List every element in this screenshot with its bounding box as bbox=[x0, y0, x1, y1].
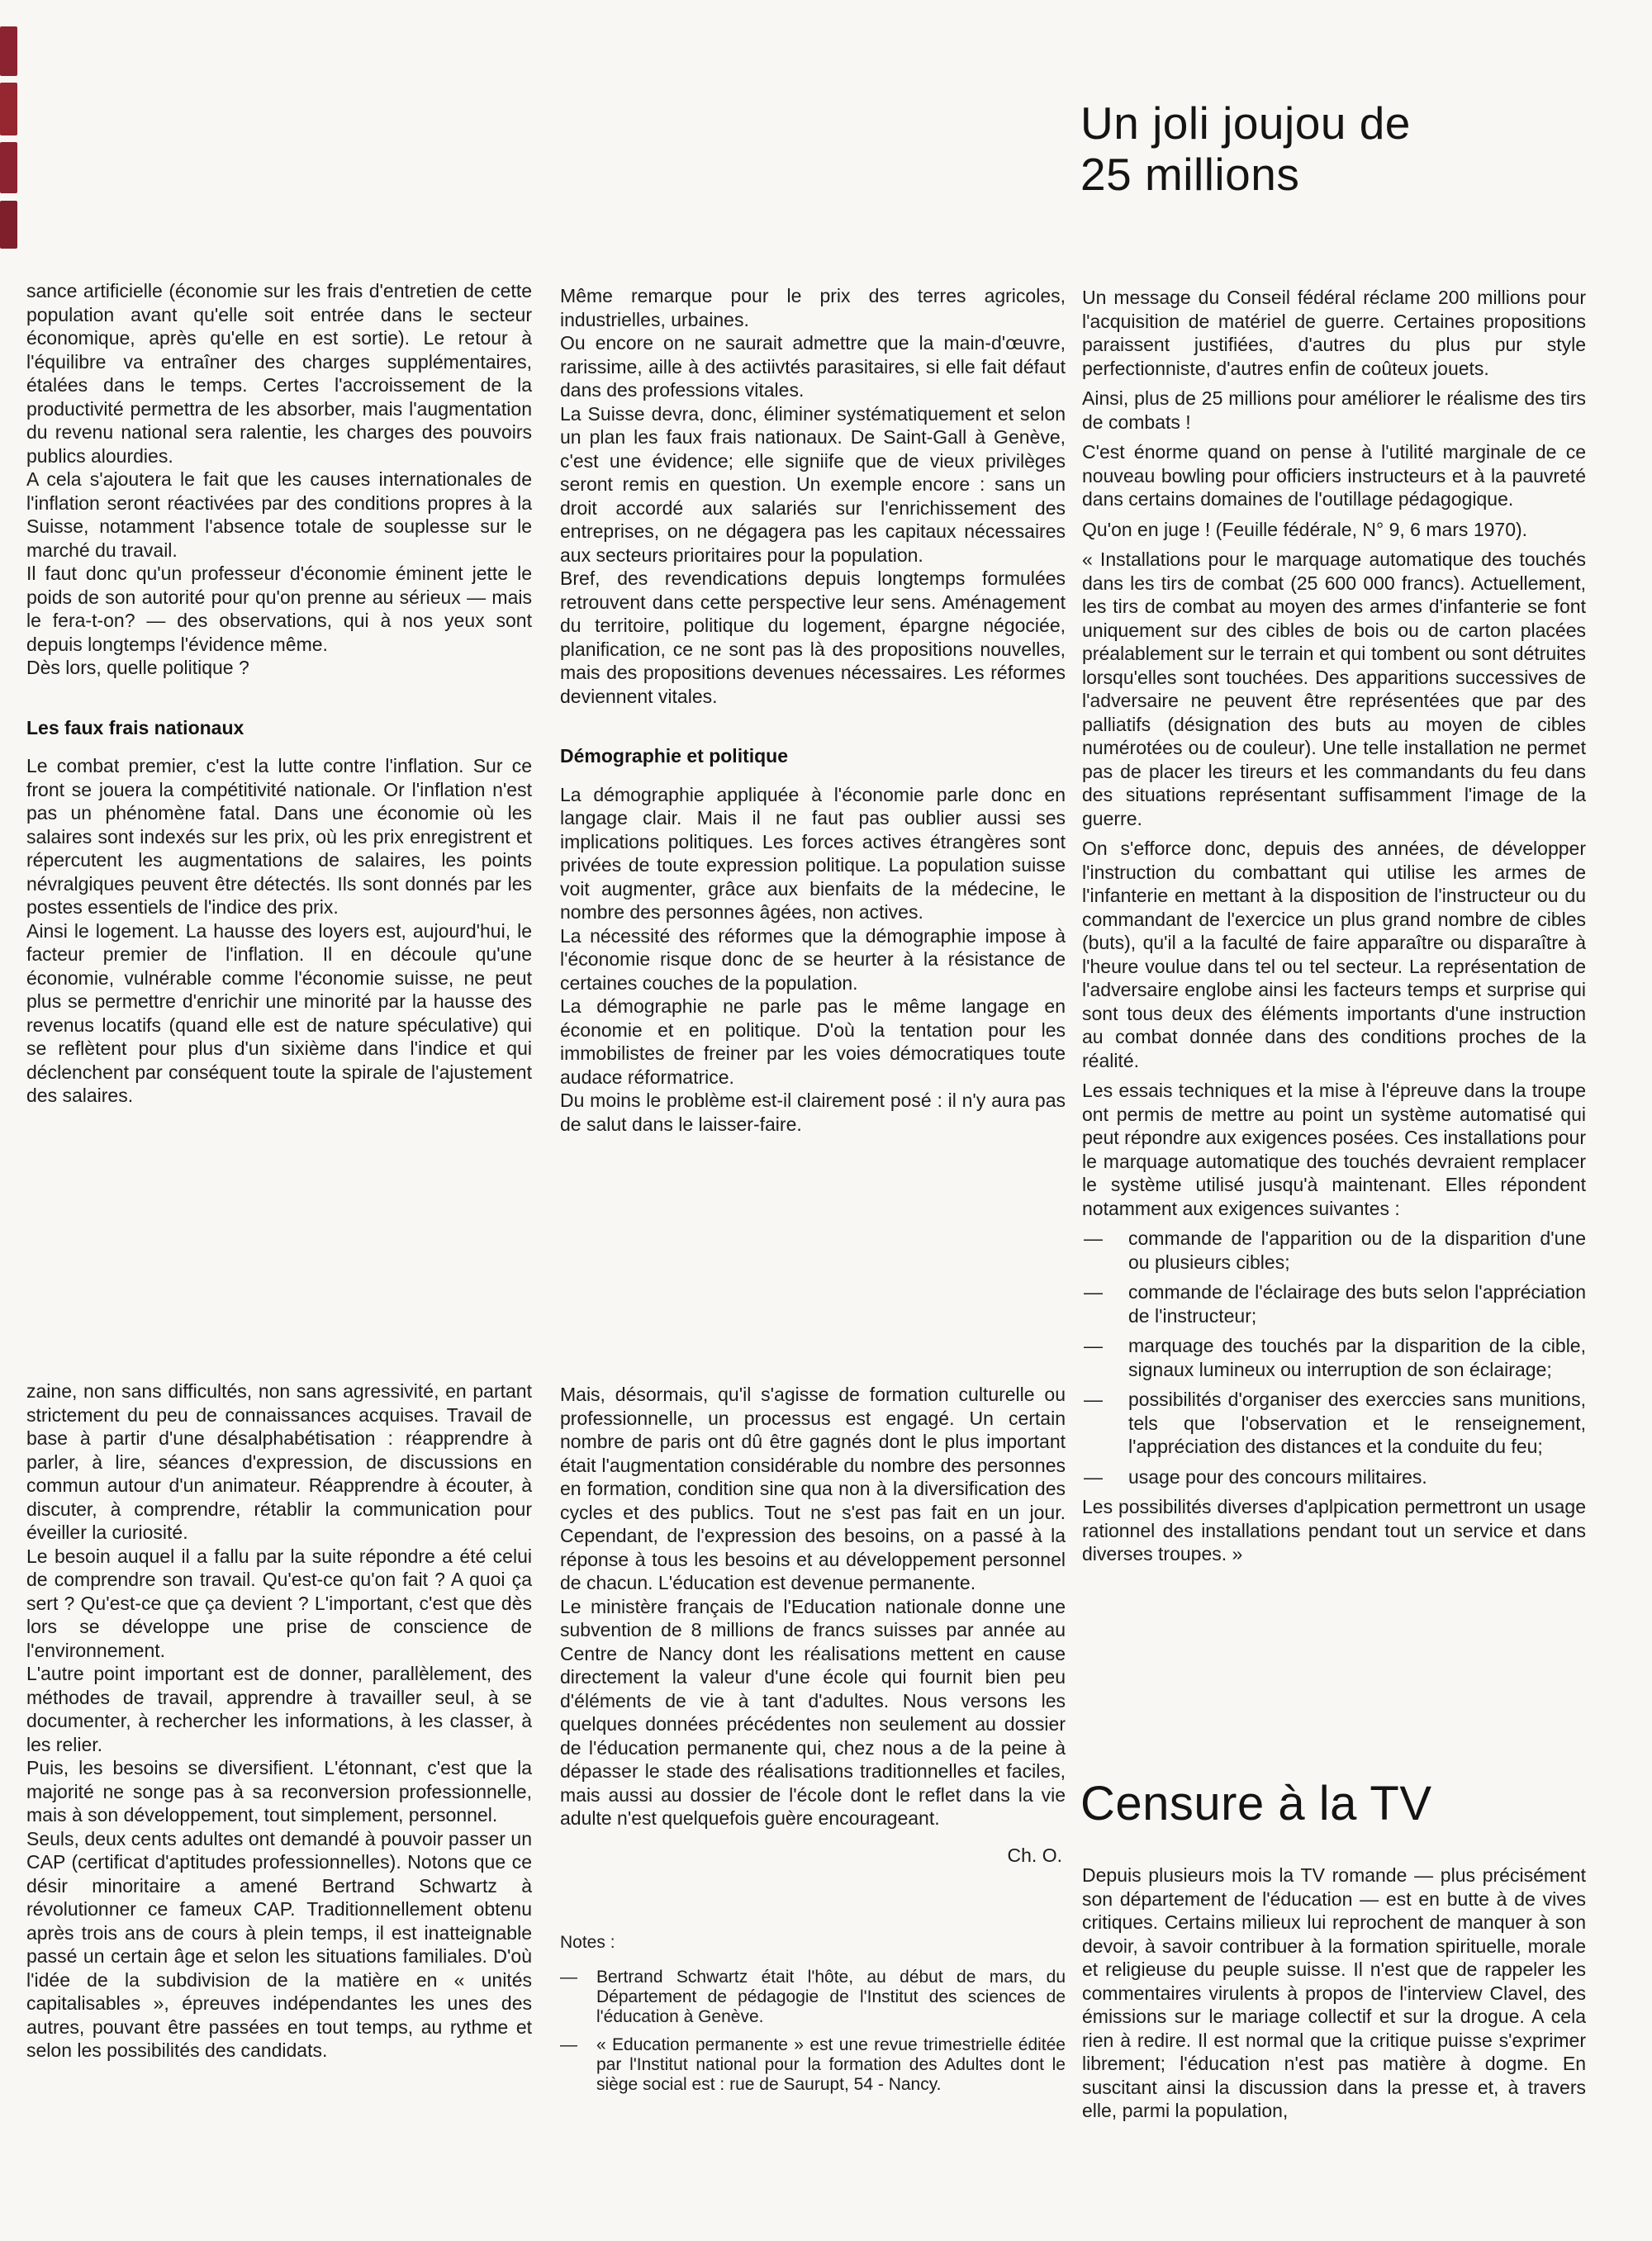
column3-upper: Un message du Conseil fédéral réclame 20… bbox=[1082, 286, 1586, 1566]
paragraph: Le ministère français de l'Education nat… bbox=[560, 1595, 1066, 1830]
paragraph: Ainsi, plus de 25 millions pour améliore… bbox=[1082, 387, 1586, 434]
author-signature: Ch. O. bbox=[560, 1844, 1066, 1868]
list-item: — possibilités d'organiser des exerccies… bbox=[1082, 1388, 1586, 1459]
paragraph: Ainsi le logement. La hausse des loyers … bbox=[26, 919, 532, 1108]
paragraph: La démographie appliquée à l'économie pa… bbox=[560, 783, 1066, 924]
paragraph: On s'efforce donc, depuis des années, de… bbox=[1082, 837, 1586, 1072]
paragraph: Même remarque pour le prix des terres ag… bbox=[560, 284, 1066, 331]
column1-lower: zaine, non sans difficultés, non sans ag… bbox=[26, 1379, 532, 2063]
dash-marker: — bbox=[560, 1968, 577, 1987]
paragraph: Les possibilités diverses d'aplpication … bbox=[1082, 1495, 1586, 1566]
list-item: — usage pour des concours militaires. bbox=[1082, 1465, 1586, 1489]
headline-line2: 25 millions bbox=[1080, 149, 1411, 200]
paragraph: La Suisse devra, donc, éliminer systémat… bbox=[560, 402, 1066, 567]
paragraph: Mais, désormais, qu'il s'agisse de forma… bbox=[560, 1383, 1066, 1595]
paragraph: Du moins le problème est-il clairement p… bbox=[560, 1089, 1066, 1136]
paragraph: La nécessité des réformes que la démogra… bbox=[560, 924, 1066, 995]
list-item: — marquage des touchés par la disparitio… bbox=[1082, 1334, 1586, 1381]
paragraph: Un message du Conseil fédéral réclame 20… bbox=[1082, 286, 1586, 380]
paragraph: Qu'on en juge ! (Feuille fédérale, N° 9,… bbox=[1082, 518, 1586, 542]
list-item-text: commande de l'apparition ou de la dispar… bbox=[1128, 1227, 1586, 1273]
dash-marker: — bbox=[1084, 1465, 1103, 1489]
list-item-text: marquage des touchés par la disparition … bbox=[1128, 1335, 1586, 1380]
paragraph: Ou encore on ne saurait admettre que la … bbox=[560, 331, 1066, 402]
scan-edge-mark bbox=[0, 142, 17, 193]
paragraph: A cela s'ajoutera le fait que les causes… bbox=[26, 468, 532, 562]
paragraph: Les essais techniques et la mise à l'épr… bbox=[1082, 1079, 1586, 1220]
paragraph: Seuls, deux cents adultes ont demandé à … bbox=[26, 1827, 532, 2063]
article-headline-joujou: Un joli joujou de 25 millions bbox=[1080, 97, 1411, 200]
magazine-page: Un joli joujou de 25 millions sance arti… bbox=[0, 0, 1652, 2241]
paragraph: Puis, les besoins se diversifient. L'éto… bbox=[26, 1756, 532, 1827]
dash-marker: — bbox=[1084, 1334, 1103, 1358]
paragraph: C'est énorme quand on pense à l'utilité … bbox=[1082, 440, 1586, 511]
paragraph: Il faut donc qu'un professeur d'économie… bbox=[26, 562, 532, 656]
paragraph: La démographie ne parle pas le même lang… bbox=[560, 995, 1066, 1089]
headline-line1: Un joli joujou de bbox=[1080, 97, 1411, 149]
paragraph: L'autre point important est de donner, p… bbox=[26, 1662, 532, 1756]
footnote-text: Bertrand Schwartz était l'hôte, au début… bbox=[596, 1968, 1066, 2026]
scan-edge-mark bbox=[0, 83, 17, 135]
list-item: — commande de l'apparition ou de la disp… bbox=[1082, 1227, 1586, 1274]
paragraph: Dès lors, quelle politique ? bbox=[26, 656, 532, 680]
column2-upper: Même remarque pour le prix des terres ag… bbox=[560, 284, 1066, 1136]
footnote-text: « Education permanente » est une revue t… bbox=[596, 2035, 1066, 2094]
paragraph: sance artificielle (économie sur les fra… bbox=[26, 279, 532, 468]
list-item-text: commande de l'éclairage des buts selon l… bbox=[1128, 1281, 1586, 1327]
scan-edge-mark bbox=[0, 201, 17, 249]
paragraph: Depuis plusieurs mois la TV romande — pl… bbox=[1082, 1864, 1586, 2123]
notes-title: Notes : bbox=[560, 1933, 1066, 1953]
list-item: — commande de l'éclairage des buts selon… bbox=[1082, 1280, 1586, 1327]
list-item-text: possibilités d'organiser des exerccies s… bbox=[1128, 1389, 1586, 1457]
column2-lower: Mais, désormais, qu'il s'agisse de forma… bbox=[560, 1383, 1066, 2103]
list-item-text: usage pour des concours militaires. bbox=[1128, 1466, 1427, 1488]
paragraph: Le besoin auquel il a fallu par la suite… bbox=[26, 1545, 532, 1663]
paragraph: « Installations pour le marquage automat… bbox=[1082, 548, 1586, 830]
paragraph: Le combat premier, c'est la lutte contre… bbox=[26, 754, 532, 919]
subhead-faux-frais: Les faux frais nationaux bbox=[26, 716, 532, 740]
article-headline-censure: Censure à la TV bbox=[1080, 1778, 1432, 1830]
dash-marker: — bbox=[560, 2035, 577, 2055]
footnote: — Bertrand Schwartz était l'hôte, au déb… bbox=[560, 1968, 1066, 2027]
paragraph: Bref, des revendications depuis longtemp… bbox=[560, 567, 1066, 708]
paragraph: zaine, non sans difficultés, non sans ag… bbox=[26, 1379, 532, 1545]
subhead-demographie: Démographie et politique bbox=[560, 744, 1066, 768]
column1-upper: sance artificielle (économie sur les fra… bbox=[26, 279, 532, 1108]
column3-lower: Depuis plusieurs mois la TV romande — pl… bbox=[1082, 1864, 1586, 2123]
dash-marker: — bbox=[1084, 1388, 1103, 1412]
scan-edge-mark bbox=[0, 26, 17, 76]
footnote: — « Education permanente » est une revue… bbox=[560, 2035, 1066, 2095]
dash-marker: — bbox=[1084, 1227, 1103, 1251]
dash-marker: — bbox=[1084, 1280, 1103, 1304]
